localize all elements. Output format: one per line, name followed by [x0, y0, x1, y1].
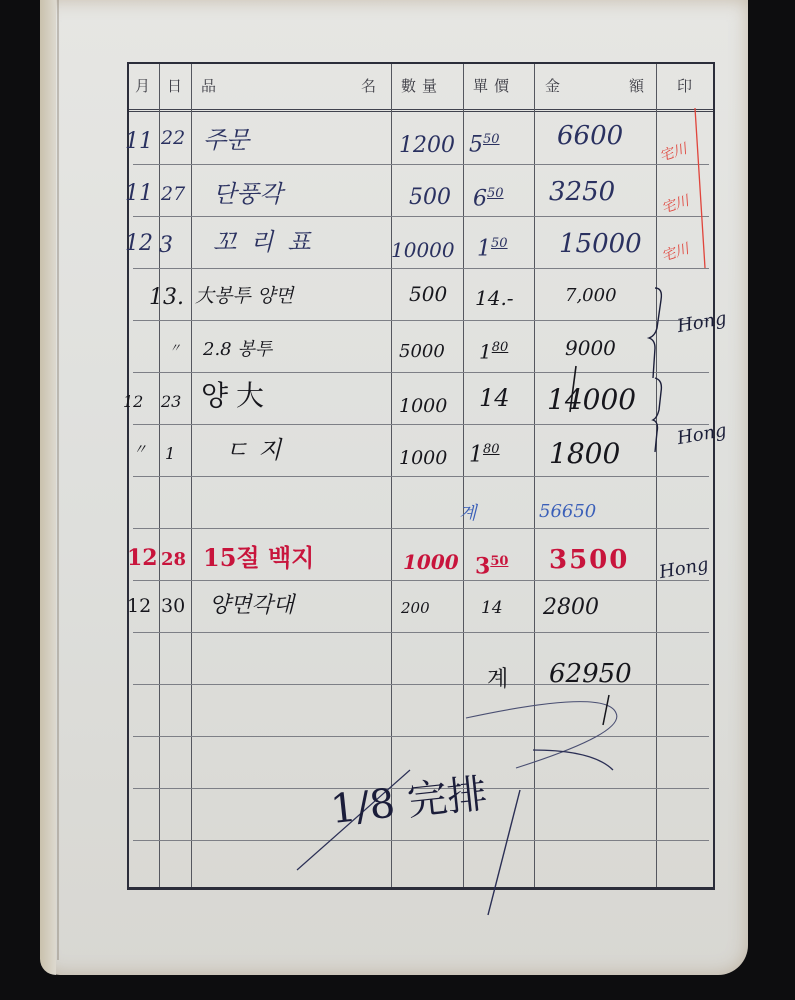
row-item: 주문 — [203, 114, 249, 166]
row-price: 180 — [479, 322, 508, 374]
header-unit-price: 單價 — [473, 64, 515, 109]
row-month: 12 — [123, 376, 143, 428]
row-amount: 3250 — [549, 166, 615, 218]
subtotal-label: 계 — [459, 488, 476, 540]
header-quantity: 數量 — [401, 64, 443, 109]
row-item: 15절 백지 — [203, 532, 314, 584]
signature-hong: Hong — [658, 554, 711, 583]
row-day: 23 — [161, 376, 181, 428]
row-price: 550 — [469, 114, 500, 166]
subtotal-amount: 56650 — [539, 486, 596, 538]
row-qty: 1000 — [399, 432, 447, 484]
row-qty: 200 — [401, 582, 430, 634]
row-item: ㄷ지 — [225, 424, 291, 476]
row-price: 180 — [469, 424, 500, 476]
row-day: 〃 — [169, 322, 181, 374]
row-price: 350 — [475, 536, 508, 588]
row-price: 650 — [473, 168, 504, 220]
row-qty: 1200 — [399, 120, 455, 172]
row-qty: 500 — [409, 268, 447, 320]
row-month: 12 — [127, 580, 151, 632]
row-amount: 9000 — [565, 322, 616, 374]
row-month: 11 — [125, 168, 153, 220]
row-qty: 5000 — [399, 326, 445, 378]
header-month: 月 — [135, 64, 150, 109]
row-amount: 1800 — [549, 428, 620, 480]
header-day: 日 — [167, 64, 182, 109]
row-day: 3 — [159, 220, 173, 272]
row-month: 12 — [127, 532, 158, 584]
row-price: 14.- — [475, 272, 514, 324]
row-item: 2.8 봉투 — [203, 324, 272, 376]
row-day: 28 — [161, 534, 186, 586]
row-qty: 1000 — [399, 380, 447, 432]
row-item: 꼬리표 — [213, 216, 325, 268]
row-amount: 15000 — [559, 218, 642, 270]
seal-stamp: 宅川 — [659, 190, 692, 218]
ledger-header: 月 日 品 名 數量 單價 金 額 印 — [129, 64, 713, 112]
row-item: 단풍각 — [213, 168, 283, 220]
row-amount: 6600 — [557, 110, 623, 162]
row-price: 150 — [477, 218, 508, 270]
row-day: 30 — [161, 580, 185, 632]
total-label: 계 — [487, 654, 508, 706]
row-item: 大봉투 양면 — [195, 270, 293, 322]
row-item: 양면각대 — [209, 580, 294, 632]
header-item-left: 品 — [201, 64, 216, 109]
row-price: 14 — [481, 582, 503, 634]
row-divider — [133, 840, 709, 841]
row-divider — [133, 528, 709, 529]
header-amount-right: 額 — [629, 64, 644, 109]
row-divider — [133, 736, 709, 737]
header-item-right: 名 — [361, 64, 376, 109]
seal-stamp: 宅川 — [657, 138, 690, 166]
row-month: 〃 — [133, 424, 147, 476]
row-day: 22 — [161, 112, 185, 164]
row-day: 13. — [149, 272, 184, 324]
header-amount-left: 金 — [545, 64, 560, 109]
row-amount: 7,000 — [565, 270, 617, 322]
row-qty: 500 — [409, 172, 451, 224]
ledger-table: 月 日 品 名 數量 單價 金 額 印 11 22 주문 1200 550 66… — [127, 62, 715, 890]
row-day: 27 — [161, 168, 185, 220]
row-month: 12 — [125, 218, 153, 270]
row-item: 양大 — [201, 370, 272, 422]
row-amount: 14000 — [547, 374, 636, 426]
row-price: 14 — [479, 372, 510, 424]
row-qty: 1000 — [403, 536, 459, 588]
seal-stamp: 宅川 — [659, 238, 692, 266]
row-day: 1 — [165, 428, 175, 480]
page-fold-line — [57, 0, 59, 960]
header-seal: 印 — [677, 64, 692, 109]
row-month: 11 — [125, 116, 153, 168]
row-amount: 2800 — [543, 582, 599, 634]
total-amount: 62950 — [549, 648, 632, 700]
page-spine-edge — [40, 0, 56, 975]
row-amount: 3500 — [549, 534, 629, 586]
